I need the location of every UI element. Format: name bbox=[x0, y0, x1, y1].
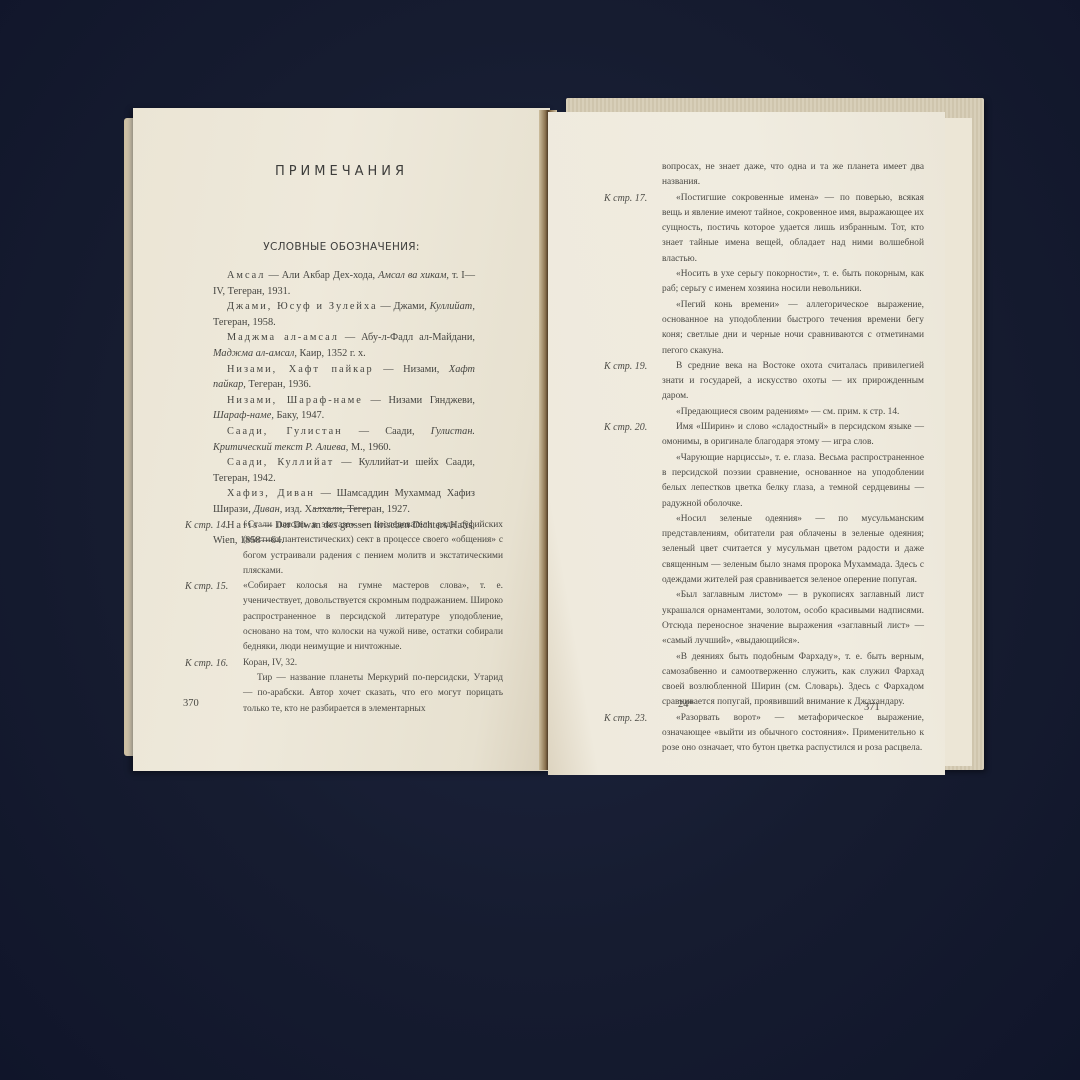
abbreviation-entry: Низами, Хафт пайкар — Низами, Хафт пайка… bbox=[213, 362, 475, 393]
abbreviation-imprint: Каир, 1352 г. х. bbox=[297, 348, 366, 359]
note-item: К стр. 17.«Постигшие сокровенные имена» … bbox=[604, 191, 924, 267]
abbreviation-entry: Джами, Юсуф и Зулейха — Джами, Куллийат,… bbox=[213, 299, 475, 330]
note-paragraph: «Был заглавным листом» — в рукописях заг… bbox=[604, 588, 924, 649]
note-text: «Постигшие сокровенные имена» — по повер… bbox=[662, 191, 924, 267]
abbreviation-imprint: Тегеран, 1958. bbox=[213, 317, 276, 328]
note-text: Имя «Ширин» и слово «сладостный» в перси… bbox=[662, 420, 924, 451]
page-reference: К стр. 16. bbox=[185, 656, 228, 671]
abbreviation-entry: Маджма ал-амсал — Абу-л-Фадл ал-Майдани,… bbox=[213, 330, 475, 361]
abbreviation-entry: Саади, Куллийат — Куллийат-и шейх Саади,… bbox=[213, 455, 475, 486]
abbreviation-title: Шараф-наме, bbox=[213, 410, 274, 421]
page-reference: К стр. 19. bbox=[604, 359, 647, 374]
note-paragraph: «Носить в ухе серьгу покорности», т. е. … bbox=[604, 267, 924, 298]
abbreviation-title: Куллийат, bbox=[430, 301, 475, 312]
note-item: К стр. 16. Коран, IV, 32. bbox=[185, 656, 503, 671]
note-text: «В деяниях быть подобным Фархаду», т. е.… bbox=[662, 652, 924, 708]
page-reference: К стр. 15. bbox=[185, 579, 228, 594]
page-number: 371 bbox=[864, 702, 880, 713]
abbreviation-imprint: Баку, 1947. bbox=[274, 410, 324, 421]
divider-rule bbox=[313, 508, 369, 509]
abbreviation-source: — Али Акбар Дех-хода, bbox=[265, 270, 378, 281]
page-reference: К стр. 23. bbox=[604, 711, 647, 726]
right-page: вопросах, не знает даже, что одна и та ж… bbox=[548, 112, 945, 775]
page-number: 370 bbox=[183, 698, 199, 709]
note-text: «Носить в ухе серьгу покорности», т. е. … bbox=[662, 269, 924, 294]
abbreviation-imprint: Тегеран, 1942. bbox=[213, 473, 276, 484]
abbreviation-key: Низами, Хафт пайкар bbox=[227, 364, 374, 375]
abbreviation-entry: Саади, Гулистан — Саади, Гулистан. Крити… bbox=[213, 424, 475, 455]
page-reference: К стр. 14. bbox=[185, 518, 228, 533]
abbreviation-source: — Низами, bbox=[374, 364, 449, 375]
note-text: «Собирает колосья на гумне мастеров слов… bbox=[243, 581, 503, 652]
abbreviation-key: Джами, Юсуф и Зулейха bbox=[227, 301, 378, 312]
abbreviation-entry: Низами, Шараф-наме — Низами Гянджеви, Ша… bbox=[213, 393, 475, 424]
page-title: ПРИМЕЧАНИЯ bbox=[133, 164, 550, 179]
note-continuation: Тир — название планеты Меркурий по-перси… bbox=[185, 671, 503, 717]
abbreviations-list: Амсал — Али Акбар Дех-хода, Амсал ва хик… bbox=[213, 268, 475, 549]
note-item: К стр. 23.«Разорвать ворот» — метафориче… bbox=[604, 711, 924, 757]
abbreviation-title: Диван, bbox=[253, 504, 282, 515]
note-paragraph: «Предающиеся своим радениям» — см. прим.… bbox=[604, 405, 924, 420]
note-text: «Носил зеленые одеяния» — по мусульманск… bbox=[662, 514, 924, 585]
note-paragraph: «Пегий конь времени» — аллегорическое вы… bbox=[604, 298, 924, 359]
abbreviation-key: Амсал bbox=[227, 270, 265, 281]
note-text: «Разорвать ворот» — метафорическое выраж… bbox=[662, 711, 924, 757]
abbreviation-source: — Саади, bbox=[343, 426, 431, 437]
page-reference: К стр. 20. bbox=[604, 420, 647, 435]
signature-mark: 24* bbox=[678, 699, 694, 710]
page-reference: К стр. 17. bbox=[604, 191, 647, 206]
abbreviation-key: Саади, Куллийат bbox=[227, 457, 334, 468]
abbreviation-source: — Куллийат-и шейх Саади, bbox=[334, 457, 475, 468]
abbreviation-source: — Джами, bbox=[378, 301, 430, 312]
note-continuation: вопросах, не знает даже, что одна и та ж… bbox=[604, 160, 924, 191]
abbreviation-title: Маджма ал-амсал, bbox=[213, 348, 297, 359]
abbreviation-key: Саади, Гулистан bbox=[227, 426, 343, 437]
abbreviation-source: — Абу-л-Фадл ал-Майдани, bbox=[339, 332, 475, 343]
note-text: В средние века на Востоке охота считалас… bbox=[662, 359, 924, 405]
note-text: «Предающиеся своим радениям» — см. прим.… bbox=[676, 407, 899, 417]
abbreviation-key: Хафиз, Диван bbox=[227, 488, 315, 499]
notes-list: вопросах, не знает даже, что одна и та ж… bbox=[604, 160, 924, 757]
abbreviation-entry: Хафиз, Диван — Шамсаддин Мухаммад Хафиз … bbox=[213, 486, 475, 517]
note-text: Коран, IV, 32. bbox=[243, 658, 297, 668]
abbreviation-entry: Амсал — Али Акбар Дех-хода, Амсал ва хик… bbox=[213, 268, 475, 299]
note-item: К стр. 20.Имя «Ширин» и слово «сладостны… bbox=[604, 420, 924, 451]
abbreviation-key: Низами, Шараф-наме bbox=[227, 395, 363, 406]
notes-list: К стр. 14. «Стали плясать в экстазе» — п… bbox=[185, 518, 503, 717]
abbreviation-key: Маджма ал-амсал bbox=[227, 332, 339, 343]
abbreviation-source: — Низами Гянджеви, bbox=[363, 395, 475, 406]
left-page: ПРИМЕЧАНИЯ УСЛОВНЫЕ ОБОЗНАЧЕНИЯ: Амсал —… bbox=[133, 108, 550, 771]
note-text: «Был заглавным листом» — в рукописях заг… bbox=[662, 590, 924, 646]
note-text: «Пегий конь времени» — аллегорическое вы… bbox=[662, 300, 924, 356]
note-paragraph: «Носил зеленые одеяния» — по мусульманск… bbox=[604, 512, 924, 588]
abbreviation-imprint: Тегеран, 1936. bbox=[246, 379, 311, 390]
section-heading: УСЛОВНЫЕ ОБОЗНАЧЕНИЯ: bbox=[133, 241, 550, 253]
note-item: К стр. 19.В средние века на Востоке охот… bbox=[604, 359, 924, 405]
note-item: К стр. 14. «Стали плясать в экстазе» — п… bbox=[185, 518, 503, 579]
note-item: К стр. 15. «Собирает колосья на гумне ма… bbox=[185, 579, 503, 655]
note-text: «Стали плясать в экстазе» — последовател… bbox=[243, 520, 503, 576]
abbreviation-imprint: изд. Халхали, Тегеран, 1927. bbox=[282, 504, 410, 515]
note-paragraph: «Чарующие нарциссы», т. е. глаза. Весьма… bbox=[604, 451, 924, 512]
note-text: «Чарующие нарциссы», т. е. глаза. Весьма… bbox=[662, 453, 924, 509]
abbreviation-imprint: М., 1960. bbox=[348, 442, 391, 453]
abbreviation-title: Амсал ва хикам, bbox=[378, 270, 449, 281]
